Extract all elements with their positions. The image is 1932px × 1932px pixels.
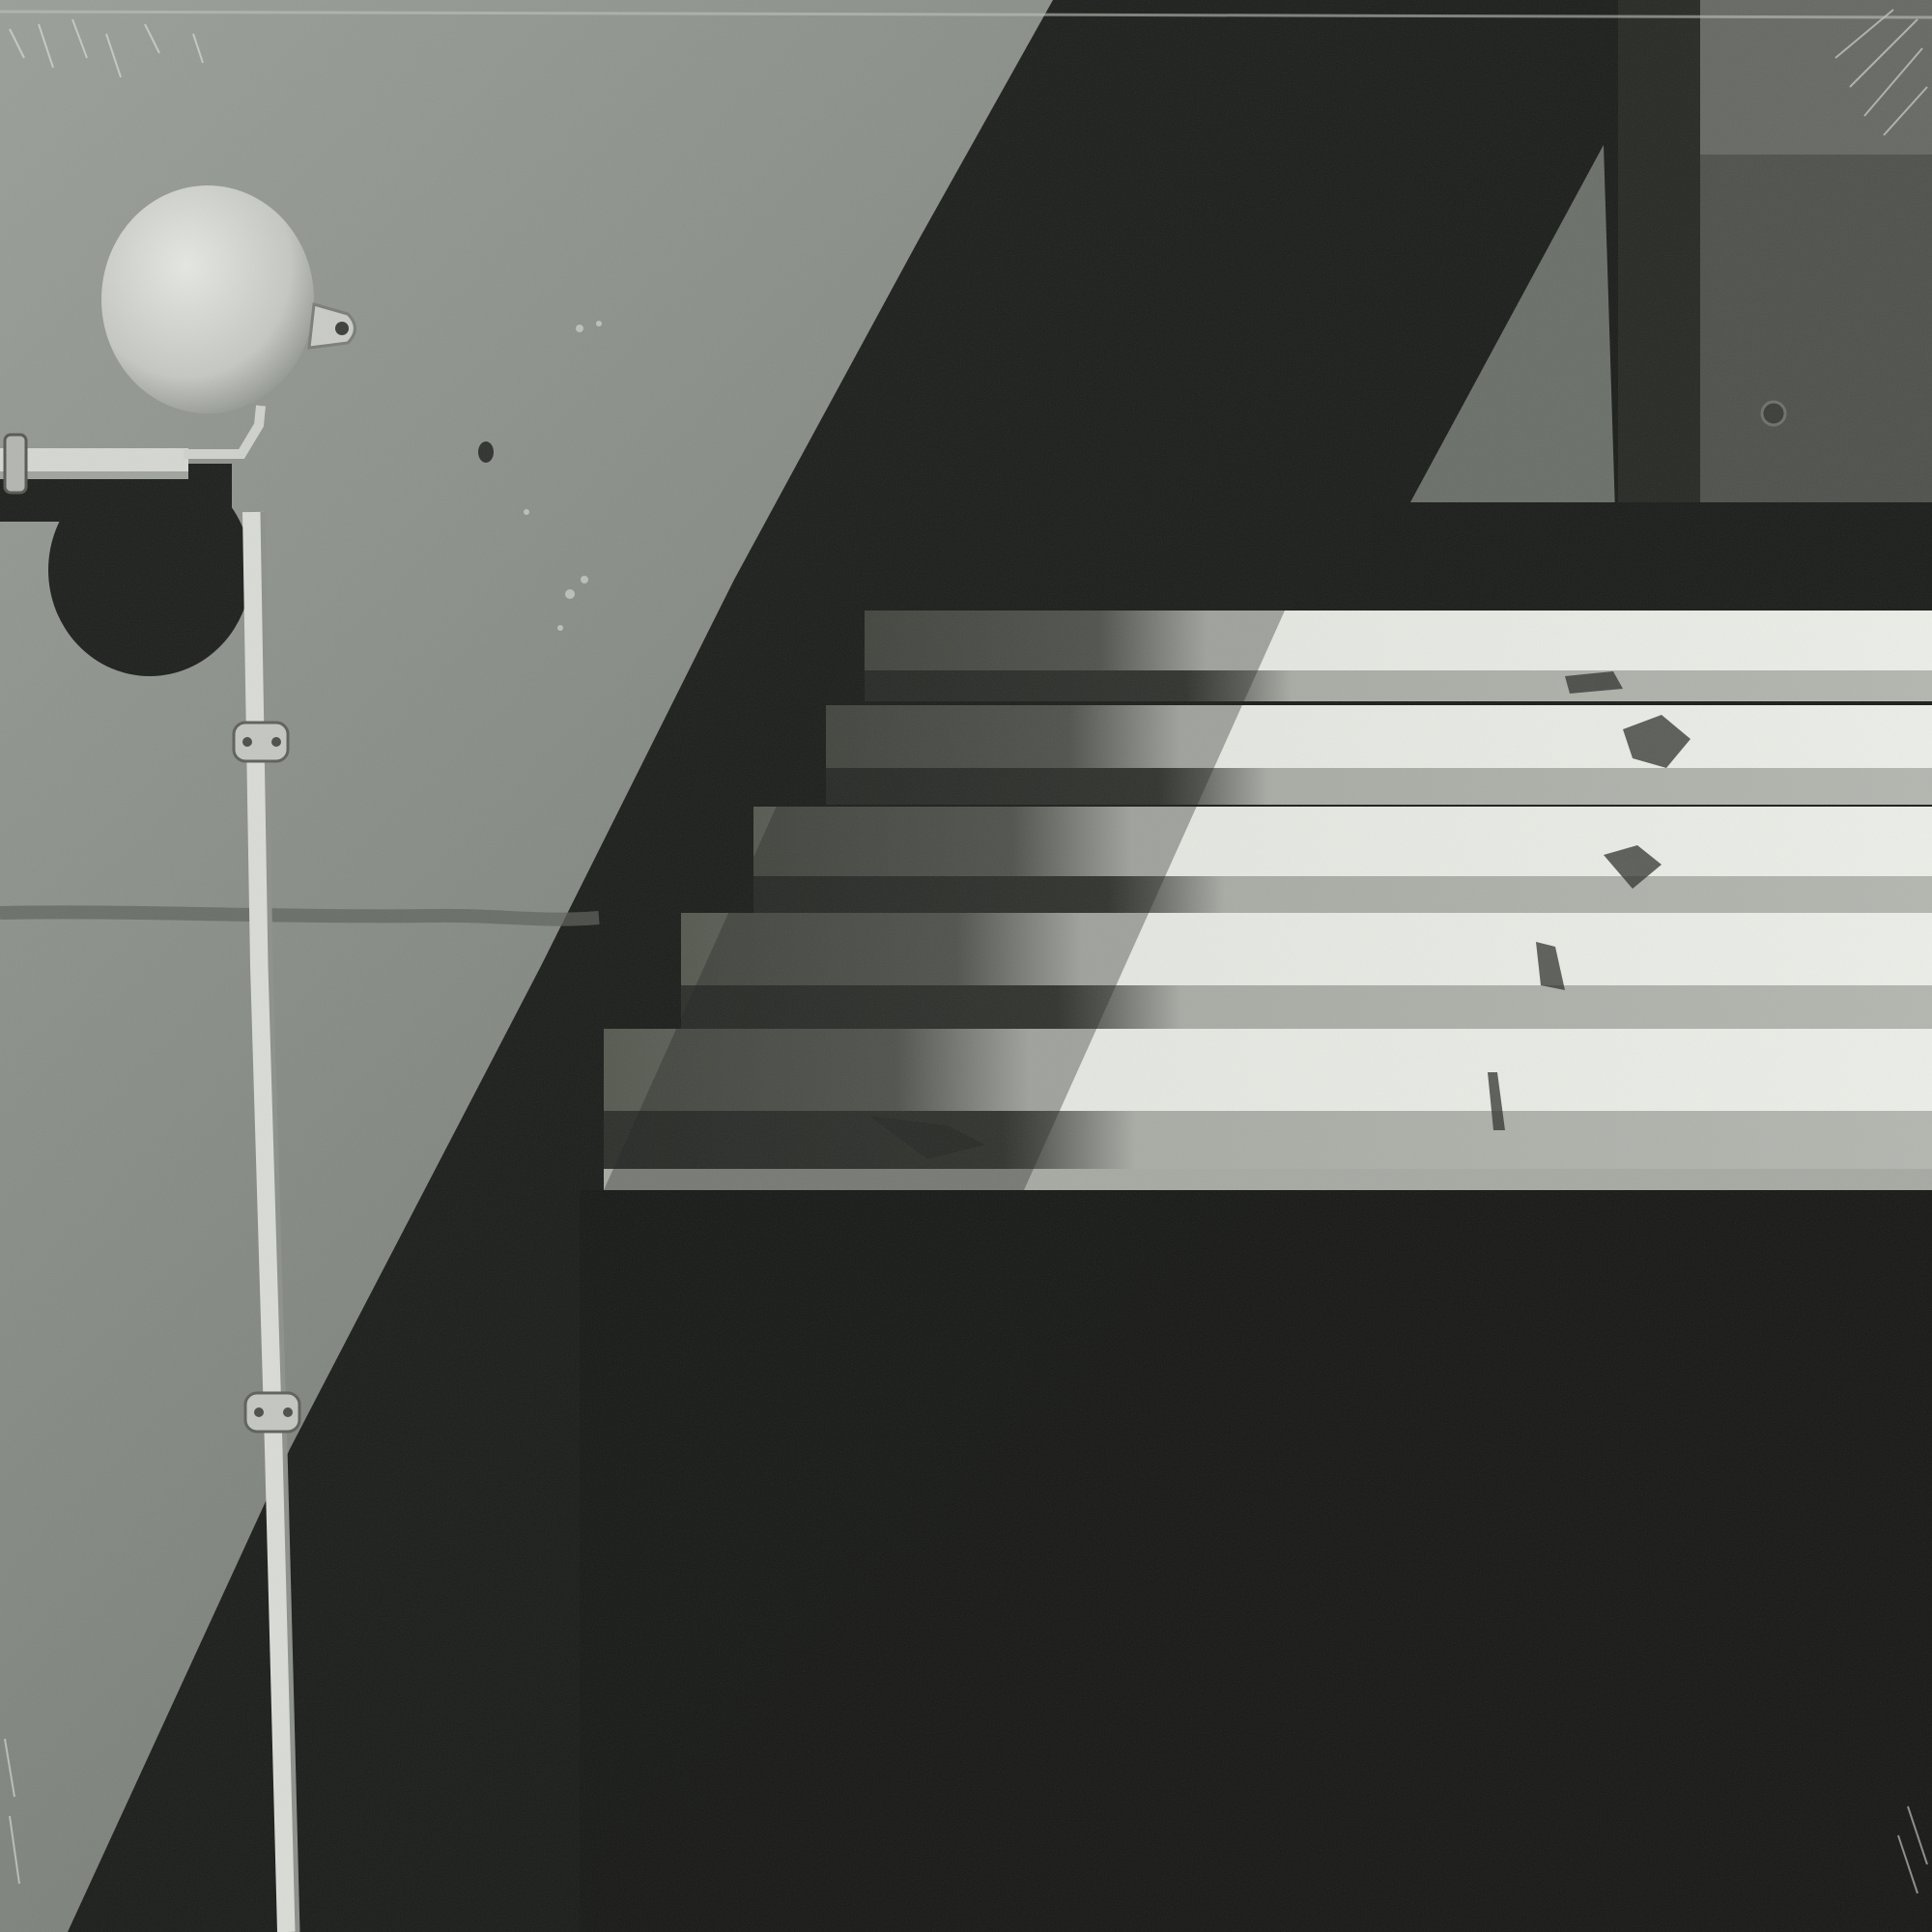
cover-photograph [0,0,1932,1932]
